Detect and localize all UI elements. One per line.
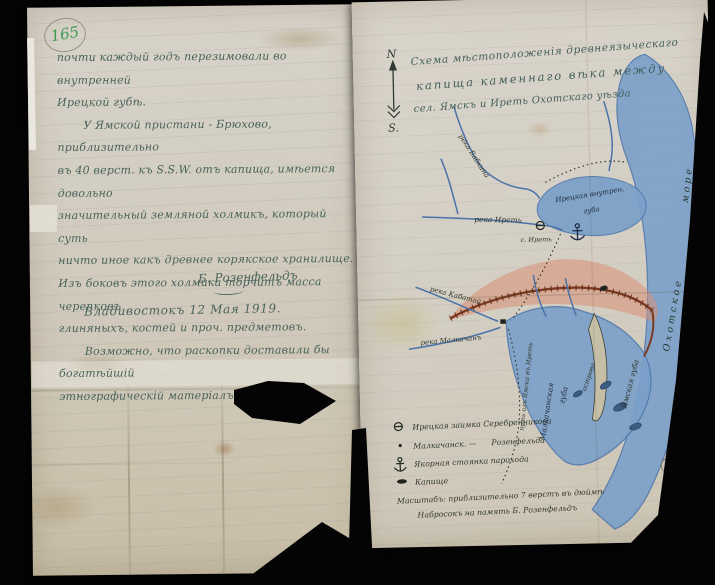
zaimka-marker (500, 319, 506, 324)
fold-crease (32, 462, 232, 466)
text-line: значительный земляной холмикъ, который с… (58, 203, 354, 250)
map-page-right: N S. Схема мѣстоположенія древнеязыческа… (352, 0, 715, 548)
legend-row-2: Малкачанск. — Розенфельда (412, 436, 545, 451)
compass-s-label: S. (388, 121, 399, 134)
text-line: глиняныхъ, костей и проч. предметовъ. (59, 316, 355, 341)
text-line: У Ямской пристани - Брюхово, приблизител… (57, 113, 353, 160)
legend-symbol-bar (397, 479, 407, 484)
text-line: Возможно, что раскопки доставили бы бога… (59, 339, 355, 386)
map-label-village-iret: с. Иреть (521, 235, 553, 244)
legend-row-1: Ирецкая заимка Серебренникова (411, 416, 552, 432)
map-title-line3: сел. Ямскъ и Иреть Охотскаго уѣзда (413, 88, 631, 115)
coast-stream-line (604, 101, 613, 171)
legend-symbol-anchor (394, 457, 407, 472)
village-iret-marker (536, 221, 544, 229)
river-iret-branch (441, 158, 458, 214)
legend-row-3: Якорная стоянка парохода (413, 454, 529, 468)
legend-credit: Набросокъ на память Б. Розенфельдъ (416, 503, 577, 520)
legend-symbol-dot (399, 444, 402, 447)
manuscript-text: почти каждый годъ перезимовали во внутре… (57, 45, 356, 409)
text-line: ничто иное какъ древнее корякское хранил… (58, 248, 354, 273)
compass: N S. (386, 47, 401, 134)
text-line: въ 40 верст. къ S.S.W. отъ капища, имѣет… (58, 158, 354, 205)
fold-crease (127, 387, 131, 577)
map-label-river-iret: река Иреть (474, 215, 522, 225)
legend-symbol-circle-bar (394, 422, 402, 430)
sketch-map: N S. Схема мѣстоположенія древнеязыческа… (352, 0, 715, 548)
map-label-river-malkachan: река Малкачанъ (420, 334, 482, 348)
text-line: почти каждый годъ перезимовали во внутре… (57, 45, 353, 92)
photographed-archive-document: 165 почти каждый годъ перезимовали во вн… (0, 0, 715, 585)
text-line: Ирецкой губѣ. (57, 90, 353, 115)
compass-n-label: N (386, 47, 397, 60)
legend-row-4: Капище (414, 476, 449, 487)
map-label-river-babkina: река Бабкина (457, 133, 491, 179)
tape-fragment (30, 205, 57, 232)
fold-crease (221, 384, 225, 576)
